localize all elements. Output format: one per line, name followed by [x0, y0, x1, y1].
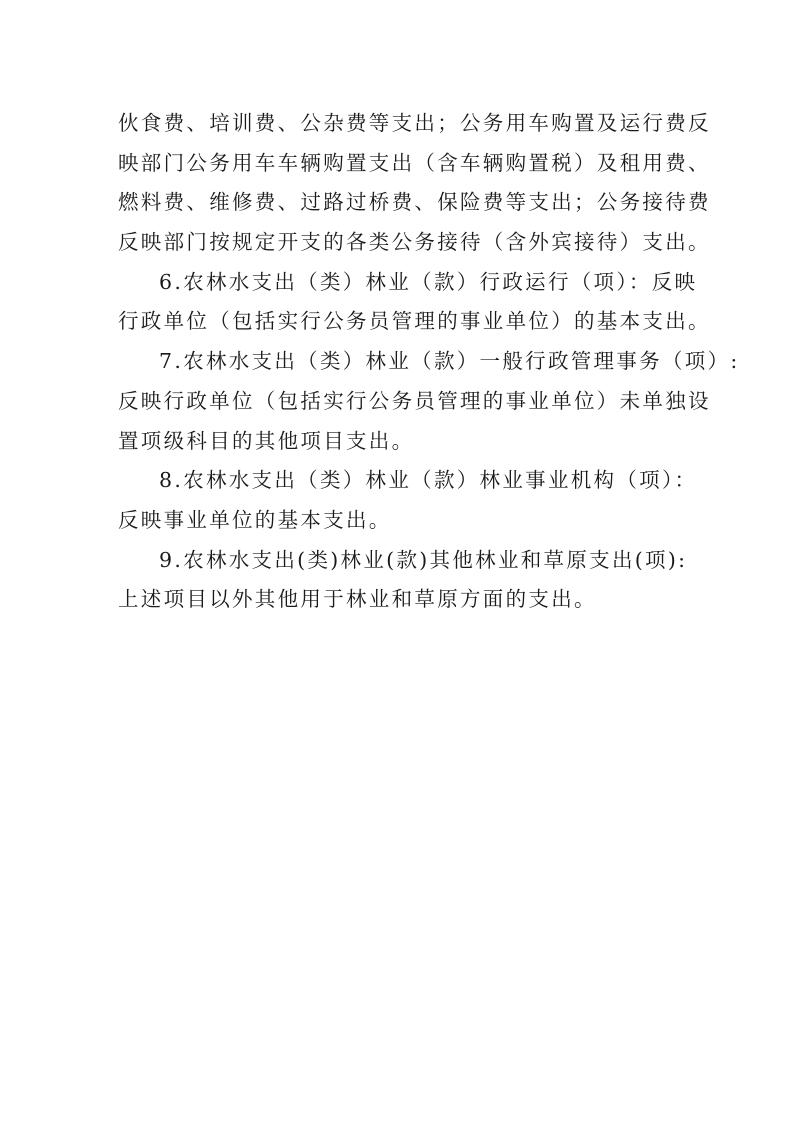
text-line: 反映部门按规定开支的各类公务接待（含外宾接待）支出。	[118, 223, 674, 263]
text-line: 行政单位（包括实行公务员管理的事业单位）的基本支出。	[118, 302, 674, 342]
paragraph-item-9: 9.农林水支出(类)林业(款)其他林业和草原支出(项): 上述项目以外其他用于林…	[118, 541, 674, 620]
text-line: 6.农林水支出（类）林业（款）行政运行（项）：反映	[118, 263, 674, 303]
text-line: 映部门公务用车车辆购置支出（含车辆购置税）及租用费、	[118, 144, 674, 184]
text-line: 反映行政单位（包括实行公务员管理的事业单位）未单独设	[118, 382, 674, 422]
paragraph-item-7: 7.农林水支出（类）林业（款）一般行政管理事务（项）: 反映行政单位（包括实行公…	[118, 342, 674, 461]
paragraph-item-8: 8.农林水支出（类）林业（款）林业事业机构（项）： 反映事业单位的基本支出。	[118, 461, 674, 540]
text-line: 9.农林水支出(类)林业(款)其他林业和草原支出(项):	[118, 541, 674, 581]
text-line: 上述项目以外其他用于林业和草原方面的支出。	[118, 580, 674, 620]
paragraph-item-6: 6.农林水支出（类）林业（款）行政运行（项）：反映 行政单位（包括实行公务员管理…	[118, 263, 674, 342]
text-line: 置项级科目的其他项目支出。	[118, 422, 674, 462]
text-line: 伙食费、培训费、公杂费等支出；公务用车购置及运行费反	[118, 104, 674, 144]
text-line: 7.农林水支出（类）林业（款）一般行政管理事务（项）:	[118, 342, 674, 382]
text-line: 反映事业单位的基本支出。	[118, 501, 674, 541]
text-line: 燃料费、维修费、过路过桥费、保险费等支出；公务接待费	[118, 183, 674, 223]
text-line: 8.农林水支出（类）林业（款）林业事业机构（项）：	[118, 461, 674, 501]
document-page: 伙食费、培训费、公杂费等支出；公务用车购置及运行费反 映部门公务用车车辆购置支出…	[118, 104, 674, 620]
paragraph-vehicle-reception-continued: 伙食费、培训费、公杂费等支出；公务用车购置及运行费反 映部门公务用车车辆购置支出…	[118, 104, 674, 263]
